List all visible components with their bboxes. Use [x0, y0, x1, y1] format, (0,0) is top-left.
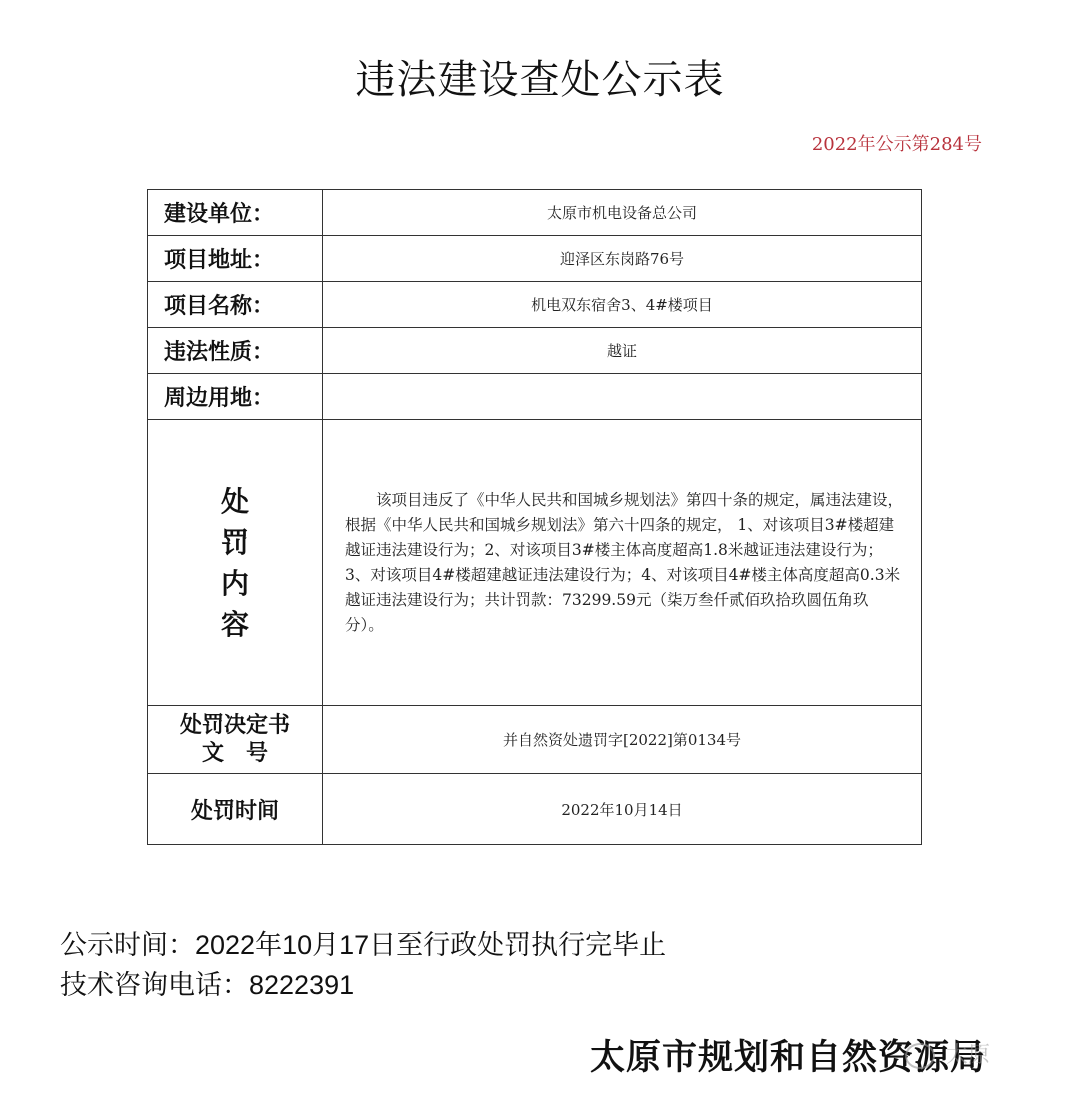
- table-row-construction-unit: 建设单位： 太原市机电设备总公司: [148, 190, 922, 236]
- label-char: 内: [148, 563, 322, 604]
- publicity-period: 公示时间：2022年10月17日至行政处罚执行完毕止: [60, 923, 666, 962]
- table-row-penalty-content: 处 罚 内 容 该项目违反了《中华人民共和国城乡规划法》第四十条的规定，属违法建…: [148, 420, 922, 706]
- value-construction-unit: 太原市机电设备总公司: [323, 190, 922, 236]
- table-row-penalty-time: 处罚时间 2022年10月14日: [148, 774, 922, 845]
- table-row-project-name: 项目名称： 机电双东宿舍3、4#楼项目: [148, 282, 922, 328]
- label-surrounding-land: 周边用地：: [148, 374, 323, 420]
- label-char: 容: [148, 604, 322, 645]
- value-surrounding-land: [323, 374, 922, 420]
- notice-number: 2022年公示第284号: [812, 130, 982, 156]
- table-row-decision-document: 处罚决定书 文 号 并自然资处遗罚字[2022]第0134号: [148, 706, 922, 774]
- value-penalty-content: 该项目违反了《中华人民共和国城乡规划法》第四十条的规定，属违法建设，根据《中华人…: [323, 420, 922, 706]
- violation-table: 建设单位： 太原市机电设备总公司 项目地址： 迎泽区东岗路76号 项目名称： 机…: [147, 189, 922, 845]
- label-line: 文 号: [148, 740, 322, 768]
- watermark-text: 太原: [946, 1043, 990, 1068]
- label-construction-unit: 建设单位：: [148, 190, 323, 236]
- label-char: 处: [148, 481, 322, 522]
- label-violation-nature: 违法性质：: [148, 328, 323, 374]
- wechat-icon: [905, 1043, 935, 1069]
- value-penalty-time: 2022年10月14日: [323, 774, 922, 845]
- label-project-name: 项目名称：: [148, 282, 323, 328]
- table-row-project-address: 项目地址： 迎泽区东岗路76号: [148, 236, 922, 282]
- label-penalty-time: 处罚时间: [148, 774, 323, 845]
- watermark: 太原: [905, 1038, 990, 1069]
- label-project-address: 项目地址：: [148, 236, 323, 282]
- value-project-address: 迎泽区东岗路76号: [323, 236, 922, 282]
- value-project-name: 机电双东宿舍3、4#楼项目: [323, 282, 922, 328]
- value-decision-document: 并自然资处遗罚字[2022]第0134号: [323, 706, 922, 774]
- label-decision-document: 处罚决定书 文 号: [148, 706, 323, 774]
- table-row-violation-nature: 违法性质： 越证: [148, 328, 922, 374]
- value-violation-nature: 越证: [323, 328, 922, 374]
- label-line: 处罚决定书: [148, 712, 322, 740]
- label-penalty-content: 处 罚 内 容: [148, 420, 323, 706]
- label-char: 罚: [148, 522, 322, 563]
- consult-phone: 技术咨询电话：8222391: [60, 963, 354, 1002]
- table-row-surrounding-land: 周边用地：: [148, 374, 922, 420]
- document-title: 违法建设查处公示表: [0, 48, 1080, 105]
